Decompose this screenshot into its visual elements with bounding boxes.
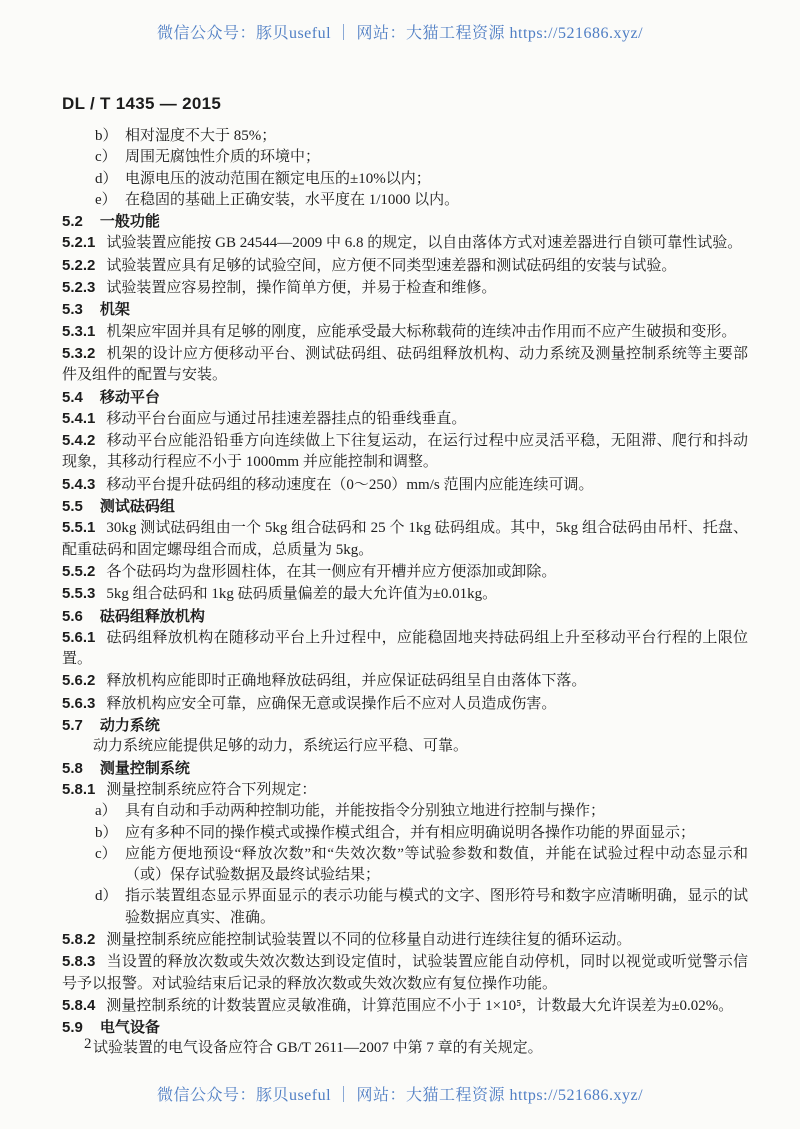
paragraph-text: 动力系统应能提供足够的动力，系统运行应平稳、可靠。 xyxy=(93,738,468,754)
clause-heading-title: 移动平台 xyxy=(100,389,160,406)
clause-paragraph: 5.2.1试验装置应能按 GB 24544—2009 中 6.8 的规定，以自由… xyxy=(62,232,748,254)
clause-number: 5.4.3 xyxy=(62,476,95,493)
paragraph-text: 移动平台台面应与通过吊挂速差器挂点的铅垂线垂直。 xyxy=(106,411,466,427)
paragraph-text: 具有自动和手动两种控制功能，并能按指令分别独立地进行控制与操作； xyxy=(125,803,605,819)
list-item: a）具有自动和手动两种控制功能，并能按指令分别独立地进行控制与操作； xyxy=(62,801,748,822)
clause-number: 5.3.2 xyxy=(62,345,95,362)
clause-number: 5.2 xyxy=(62,213,83,230)
clause-paragraph: 5.8.4测量控制系统的计数装置应灵敏准确，计算范围应不小于 1×10⁵，计数最… xyxy=(62,995,748,1017)
clause-number: 5.6.1 xyxy=(62,629,95,646)
clause-paragraph: 5.6.1砝码组释放机构在随移动平台上升过程中，应能稳固地夹持砝码组上升至移动平… xyxy=(62,627,748,671)
clause-paragraph: 5.8.3当设置的释放次数或失效次数达到设定值时，试验装置应能自动停机，同时以视… xyxy=(62,951,748,995)
clause-paragraph: 5.5.130kg 测试砝码组由一个 5kg 组合砝码和 25 个 1kg 砝码… xyxy=(62,517,748,561)
clause-number: 5.2.3 xyxy=(62,279,95,296)
list-item: d）指示装置组态显示界面显示的表示功能与模式的文字、图形符号和数字应清晰明确，显… xyxy=(62,886,748,929)
clause-heading: 5.2一般功能 xyxy=(62,211,748,232)
clause-number: 5.6.3 xyxy=(62,695,95,712)
clause-heading: 5.4移动平台 xyxy=(62,387,748,408)
clause-number: 5.3.1 xyxy=(62,323,95,340)
list-item-label: a） xyxy=(95,801,117,822)
clause-heading-title: 机架 xyxy=(100,301,130,318)
clause-number: 5.5 xyxy=(62,498,83,515)
paragraph-text: 砝码组释放机构在随移动平台上升过程中，应能稳固地夹持砝码组上升至移动平台行程的上… xyxy=(62,630,748,667)
clause-paragraph: 5.2.2试验装置应具有足够的试验空间，应方便不同类型速差器和测试砝码组的安装与… xyxy=(62,255,748,277)
paragraph-text: 5kg 组合砝码和 1kg 砝码质量偏差的最大允许值为±0.01kg。 xyxy=(106,586,497,602)
clause-number: 5.3 xyxy=(62,301,83,318)
paragraph-text: 测量控制系统的计数装置应灵敏准确，计算范围应不小于 1×10⁵，计数最大允许误差… xyxy=(106,998,733,1014)
clause-paragraph: 5.8.1测量控制系统应符合下列规定： xyxy=(62,779,748,801)
list-item-label: d） xyxy=(95,169,118,190)
clause-number: 5.7 xyxy=(62,717,83,734)
clause-heading-title: 动力系统 xyxy=(100,717,160,734)
clause-number: 5.5.1 xyxy=(62,519,95,536)
clause-heading-title: 砝码组释放机构 xyxy=(100,608,205,625)
paragraph-text: 应能方便地预设“释放次数”和“失效次数”等试验参数和数值，并能在试验过程中动态显… xyxy=(125,846,748,883)
paragraph-text: 测量控制系统应能控制试验装置以不同的位移量自动进行连续往复的循环运动。 xyxy=(106,932,631,948)
clause-heading: 5.7动力系统 xyxy=(62,715,748,736)
clause-paragraph: 5.2.3试验装置应容易控制，操作简单方便，并易于检查和维修。 xyxy=(62,277,748,299)
clause-number: 5.4 xyxy=(62,389,83,406)
clause-heading: 5.6砝码组释放机构 xyxy=(62,606,748,627)
clause-heading-title: 电气设备 xyxy=(100,1019,160,1036)
clause-heading-title: 一般功能 xyxy=(100,213,160,230)
clause-heading-title: 测量控制系统 xyxy=(100,760,190,777)
clause-paragraph: 5.4.2移动平台应能沿铅垂方向连续做上下往复运动，在运行过程中应灵活平稳，无阻… xyxy=(62,430,748,474)
list-item-label: b） xyxy=(95,126,118,147)
clause-paragraph: 5.5.35kg 组合砝码和 1kg 砝码质量偏差的最大允许值为±0.01kg。 xyxy=(62,583,748,605)
clause-number: 5.5.3 xyxy=(62,585,95,602)
list-item: e）在稳固的基础上正确安装，水平度在 1/1000 以内。 xyxy=(62,190,748,211)
list-item: d）电源电压的波动范围在额定电压的±10%以内； xyxy=(62,169,748,190)
paragraph-text: 机架的设计应方便移动平台、测试砝码组、砝码组释放机构、动力系统及测量控制系统等主… xyxy=(62,346,748,383)
clause-paragraph: 5.4.1移动平台台面应与通过吊挂速差器挂点的铅垂线垂直。 xyxy=(62,408,748,430)
paragraph-text: 移动平台提升砝码组的移动速度在（0～250）mm/s 范围内应能连续可调。 xyxy=(106,477,593,493)
doc-number: DL / T 1435 — 2015 xyxy=(62,94,221,114)
list-item-label: c） xyxy=(95,147,117,168)
footer-watermark: 微信公众号：豚贝useful ｜ 网站：大猫工程资源 https://52168… xyxy=(0,1082,800,1105)
clause-paragraph: 5.3.2机架的设计应方便移动平台、测试砝码组、砝码组释放机构、动力系统及测量控… xyxy=(62,343,748,387)
clause-heading: 5.3机架 xyxy=(62,299,748,320)
paragraph-text: 各个砝码均为盘形圆柱体，在其一侧应有开槽并应方便添加或卸除。 xyxy=(106,564,556,580)
list-item-label: c） xyxy=(95,844,117,865)
clause-paragraph: 5.4.3移动平台提升砝码组的移动速度在（0～250）mm/s 范围内应能连续可… xyxy=(62,474,748,496)
paragraph-text: 应有多种不同的操作模式或操作模式组合，并有相应明确说明各操作功能的界面显示； xyxy=(125,825,695,841)
paragraph-text: 测量控制系统应符合下列规定： xyxy=(106,782,316,798)
clause-number: 5.4.2 xyxy=(62,432,95,449)
clause-paragraph: 5.8.2测量控制系统应能控制试验装置以不同的位移量自动进行连续往复的循环运动。 xyxy=(62,929,748,951)
plain-paragraph: 试验装置的电气设备应符合 GB/T 2611—2007 中第 7 章的有关规定。 xyxy=(62,1038,748,1059)
page-number: 2 xyxy=(84,1036,92,1053)
clause-number: 5.8.2 xyxy=(62,931,95,948)
paragraph-text: 电源电压的波动范围在额定电压的±10%以内； xyxy=(125,171,431,187)
clause-number: 5.2.1 xyxy=(62,234,95,251)
list-item-label: e） xyxy=(95,190,117,211)
clause-heading-title: 测试砝码组 xyxy=(100,498,175,515)
paragraph-text: 指示装置组态显示界面显示的表示功能与模式的文字、图形符号和数字应清晰明确，显示的… xyxy=(125,888,748,925)
clause-heading: 5.9电气设备 xyxy=(62,1017,748,1038)
paragraph-text: 当设置的释放次数或失效次数达到设定值时，试验装置应能自动停机，同时以视觉或听觉警… xyxy=(62,954,748,991)
clause-number: 5.2.2 xyxy=(62,257,95,274)
clause-number: 5.6 xyxy=(62,608,83,625)
list-item: c）周围无腐蚀性介质的环境中； xyxy=(62,147,748,168)
clause-paragraph: 5.6.2释放机构应能即时正确地释放砝码组，并应保证砝码组呈自由落体下落。 xyxy=(62,670,748,692)
clause-number: 5.5.2 xyxy=(62,563,95,580)
paragraph-text: 试验装置的电气设备应符合 GB/T 2611—2007 中第 7 章的有关规定。 xyxy=(93,1040,543,1056)
clause-number: 5.8.4 xyxy=(62,997,95,1014)
header-watermark: 微信公众号：豚贝useful ｜ 网站：大猫工程资源 https://52168… xyxy=(0,20,800,43)
paragraph-text: 在稳固的基础上正确安装，水平度在 1/1000 以内。 xyxy=(125,192,459,208)
list-item-label: b） xyxy=(95,823,118,844)
paragraph-text: 释放机构应安全可靠，应确保无意或误操作后不应对人员造成伤害。 xyxy=(106,696,556,712)
clause-number: 5.8 xyxy=(62,760,83,777)
paragraph-text: 周围无腐蚀性介质的环境中； xyxy=(125,149,320,165)
list-item: c）应能方便地预设“释放次数”和“失效次数”等试验参数和数值，并能在试验过程中动… xyxy=(62,844,748,887)
clause-number: 5.4.1 xyxy=(62,410,95,427)
paragraph-text: 试验装置应具有足够的试验空间，应方便不同类型速差器和测试砝码组的安装与试验。 xyxy=(106,258,676,274)
clause-number: 5.8.1 xyxy=(62,781,95,798)
clause-number: 5.6.2 xyxy=(62,672,95,689)
clause-paragraph: 5.5.2各个砝码均为盘形圆柱体，在其一侧应有开槽并应方便添加或卸除。 xyxy=(62,561,748,583)
clause-number: 5.9 xyxy=(62,1019,83,1036)
list-item: b）应有多种不同的操作模式或操作模式组合，并有相应明确说明各操作功能的界面显示； xyxy=(62,823,748,844)
plain-paragraph: 动力系统应能提供足够的动力，系统运行应平稳、可靠。 xyxy=(62,736,748,757)
paragraph-text: 相对湿度不大于 85%； xyxy=(125,128,276,144)
list-item: b）相对湿度不大于 85%； xyxy=(62,126,748,147)
clause-paragraph: 5.3.1机架应牢固并具有足够的刚度，应能承受最大标称载荷的连续冲击作用而不应产… xyxy=(62,321,748,343)
clause-number: 5.8.3 xyxy=(62,953,95,970)
list-item-label: d） xyxy=(95,886,118,907)
paragraph-text: 移动平台应能沿铅垂方向连续做上下往复运动，在运行过程中应灵活平稳，无阻滞、爬行和… xyxy=(62,433,748,470)
clause-heading: 5.8测量控制系统 xyxy=(62,758,748,779)
paragraph-text: 试验装置应能按 GB 24544—2009 中 6.8 的规定，以自由落体方式对… xyxy=(106,235,742,251)
paragraph-text: 试验装置应容易控制，操作简单方便，并易于检查和维修。 xyxy=(106,280,496,296)
clause-paragraph: 5.6.3释放机构应安全可靠，应确保无意或误操作后不应对人员造成伤害。 xyxy=(62,693,748,715)
document-body: b）相对湿度不大于 85%；c）周围无腐蚀性介质的环境中；d）电源电压的波动范围… xyxy=(62,126,748,1060)
clause-heading: 5.5测试砝码组 xyxy=(62,496,748,517)
paragraph-text: 30kg 测试砝码组由一个 5kg 组合砝码和 25 个 1kg 砝码组成。其中… xyxy=(62,520,748,557)
document-page: 微信公众号：豚贝useful ｜ 网站：大猫工程资源 https://52168… xyxy=(0,0,800,1129)
paragraph-text: 释放机构应能即时正确地释放砝码组，并应保证砝码组呈自由落体下落。 xyxy=(106,673,586,689)
paragraph-text: 机架应牢固并具有足够的刚度，应能承受最大标称载荷的连续冲击作用而不应产生破损和变… xyxy=(106,324,736,340)
